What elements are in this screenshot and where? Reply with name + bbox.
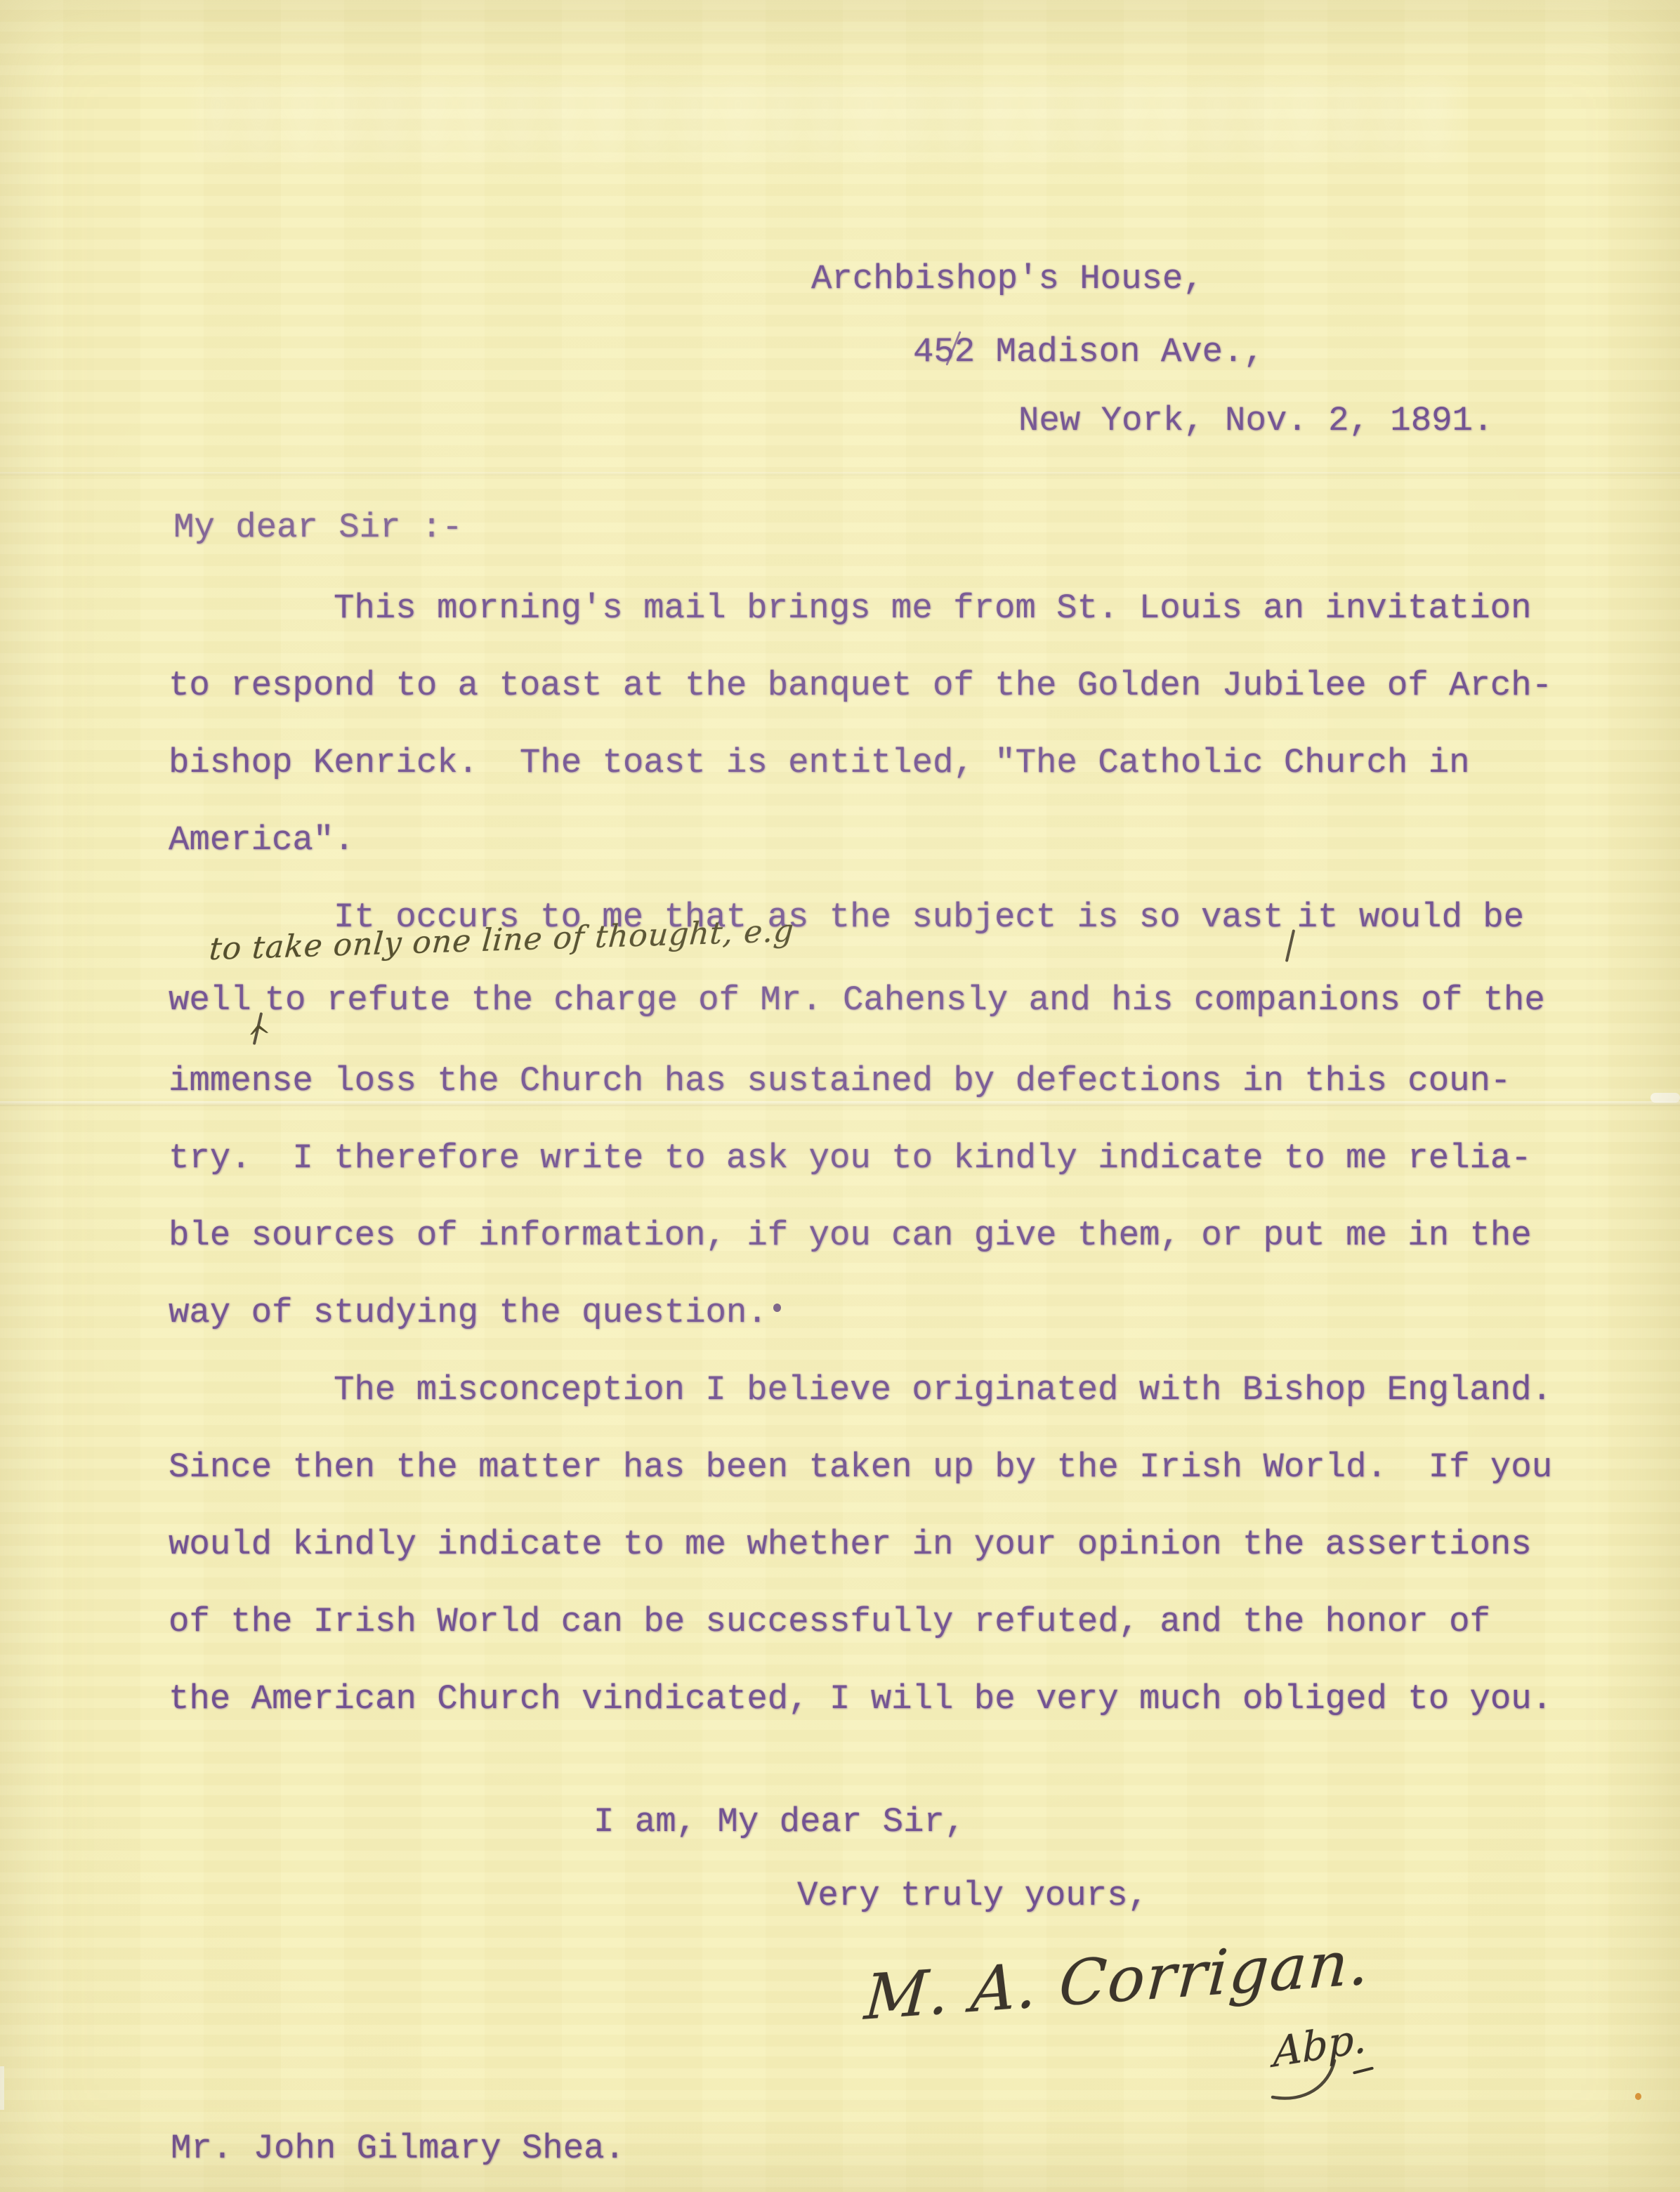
embossed-letterhead-ghost bbox=[204, 83, 1454, 160]
body-line: Since then the matter has been taken up … bbox=[169, 1447, 1552, 1488]
letterhead-dateline: New York, Nov. 2, 1891. bbox=[1018, 400, 1493, 441]
signature-handwritten: M. A. Corrigan. bbox=[862, 1926, 1373, 2034]
handwritten-comma-mark bbox=[251, 1002, 265, 1009]
body-line: try. I therefore write to ask you to kin… bbox=[169, 1138, 1532, 1179]
paper-nick bbox=[1651, 1093, 1680, 1103]
body-line: to respond to a toast at the banquet of … bbox=[169, 665, 1552, 706]
body-line: ble sources of information, if you can g… bbox=[169, 1215, 1532, 1256]
body-line: of the Irish World can be successfully r… bbox=[169, 1601, 1490, 1642]
salutation: My dear Sir :- bbox=[173, 507, 463, 548]
body-line: would kindly indicate to me whether in y… bbox=[169, 1524, 1532, 1565]
addressee-line: Mr. John Gilmary Shea. bbox=[171, 2128, 625, 2169]
dust-speck bbox=[1635, 2093, 1641, 2100]
body-line: way of studying the question. bbox=[169, 1292, 768, 1333]
body-line-text: it would be bbox=[1297, 898, 1524, 937]
body-line: The misconception I believe originated w… bbox=[334, 1370, 1552, 1410]
body-line: America". bbox=[169, 820, 355, 860]
closing-line-1: I am, My dear Sir, bbox=[593, 1801, 965, 1842]
scanned-letter-page: Archbishop's House, 452 Madison Ave., Ne… bbox=[0, 0, 1680, 2192]
closing-line-2: Very truly yours, bbox=[797, 1875, 1148, 1916]
signature-flourish-dash bbox=[1353, 2066, 1374, 2074]
letterhead-line-1: Archbishop's House, bbox=[811, 258, 1204, 299]
fold-crease bbox=[0, 472, 1680, 475]
handwritten-comma-mark bbox=[1284, 919, 1297, 926]
body-line: the American Church vindicated, I will b… bbox=[169, 1679, 1552, 1719]
stray-ink-dot bbox=[773, 1304, 781, 1312]
scan-edge-artifact bbox=[0, 2066, 4, 2110]
body-line: This morning's mail brings me from St. L… bbox=[334, 588, 1531, 629]
body-line-text: to refute the charge of Mr. Cahensly and… bbox=[265, 980, 1545, 1020]
fold-crease bbox=[0, 1101, 1680, 1106]
insertion-caret-mark: ^ bbox=[246, 1018, 274, 1055]
body-line: bishop Kenrick. The toast is entitled, "… bbox=[169, 742, 1470, 783]
signature-flourish-swash bbox=[1261, 2056, 1353, 2120]
body-line-with-inserted-comma: wellto refute the charge of Mr. Cahensly… bbox=[169, 980, 1545, 1020]
letterhead-line-2: 452 Madison Ave., bbox=[913, 332, 1264, 372]
body-line-text: well bbox=[169, 980, 251, 1020]
body-line: immense loss the Church has sustained by… bbox=[169, 1061, 1511, 1101]
